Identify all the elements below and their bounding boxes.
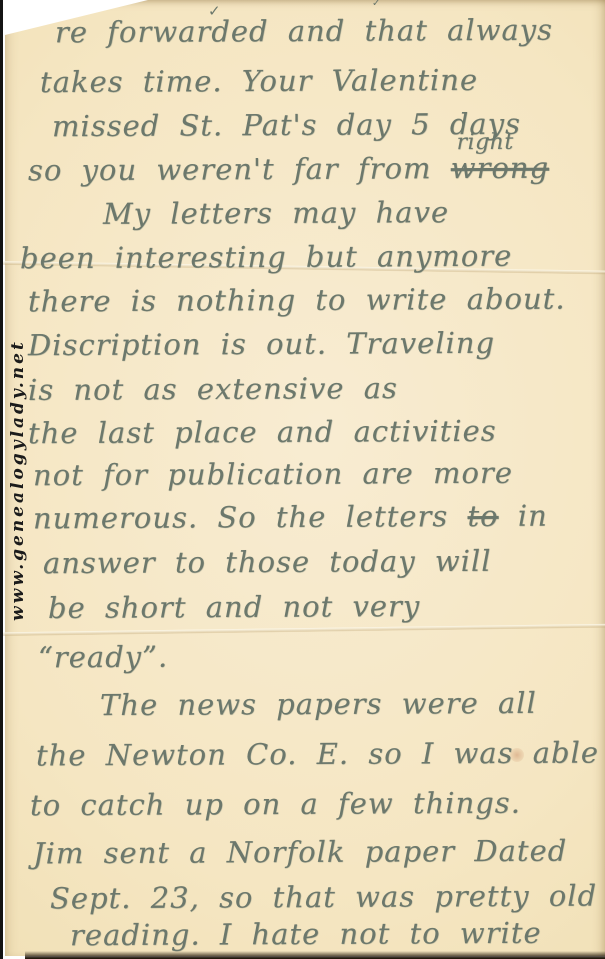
handwritten-line: reading. I hate not to write [70,916,542,952]
text-segment: Jim sent a Norfolk paper Dated [33,834,567,871]
handwritten-line: The news papers were all [100,686,537,722]
handwritten-line: takes time. Your Valentine [40,63,478,99]
handwritten-line: “ready”. [38,640,168,675]
text-segment: there is nothing to write about. [28,282,566,319]
text-segment: takes time. Your Valentine [40,63,478,99]
watermark: www.genealogylady.net [8,328,42,633]
text-segment: the last place and activities [28,414,497,450]
insertion-mark: ✓ [372,0,380,9]
text-segment: not for publication are more [33,456,513,493]
handwritten-line: not for publication are more [33,456,513,493]
handwritten-line: so you weren't far from wrongright [28,151,549,188]
letter-body: re forwarded and that alwaystakes time. … [0,0,605,959]
handwritten-line: numerous. So the letters to in [33,499,548,536]
handwritten-line: missed St. Pat's day 5 days [52,107,521,143]
text-segment: Sept. 23, so that was pretty old [50,879,597,916]
struck-word: wrongright [451,151,550,186]
text-segment: numerous. So the letters [33,499,468,535]
text-segment: be short and not very [48,589,420,625]
handwritten-line: Jim sent a Norfolk paper Dated [33,834,567,871]
handwritten-line: the Newton Co. E. so I was able [36,736,599,773]
handwritten-line: the last place and activities [28,414,497,450]
text-segment: re forwarded and that always [55,13,553,50]
text-segment: Discription is out. Traveling [28,326,495,362]
text-segment: been interesting but anymore [20,239,512,276]
text-segment: in [499,499,548,533]
letter-scan: www.genealogylady.net re forwarded and t… [0,0,605,959]
handwritten-line: re forwarded and that always [55,13,553,50]
text-segment: “ready”. [38,640,168,675]
handwritten-line: Discription is out. Traveling [28,326,495,362]
text-segment: reading. I hate not to write [70,916,542,952]
handwritten-line: answer to those today will [43,544,492,580]
text-segment: missed St. Pat's day 5 days [52,107,521,143]
scan-bottom-shadow [25,951,605,959]
text-segment: the Newton Co. E. so I was able [36,736,599,773]
handwritten-line: to catch up on a few things. [30,786,521,823]
text-segment: The news papers were all [100,686,537,722]
insertion-mark: ✓ [208,2,221,20]
text-segment: to catch up on a few things. [30,786,521,823]
text-segment: is not as extensive as [28,371,398,407]
handwritten-line: Sept. 23, so that was pretty old [50,879,597,916]
scan-edge-line [0,0,3,959]
text-segment: My letters may have [103,195,449,231]
handwritten-line: been interesting but anymore [20,239,512,276]
handwritten-line: be short and not very [48,589,420,625]
text-segment: so you weren't far from [28,151,451,187]
handwritten-line: My letters may have [103,195,449,231]
handwritten-line: there is nothing to write about. [28,282,566,319]
handwritten-line: is not as extensive as [28,371,398,407]
text-segment: answer to those today will [43,544,492,580]
correction-above: right [457,130,514,155]
struck-word: to [467,499,498,533]
